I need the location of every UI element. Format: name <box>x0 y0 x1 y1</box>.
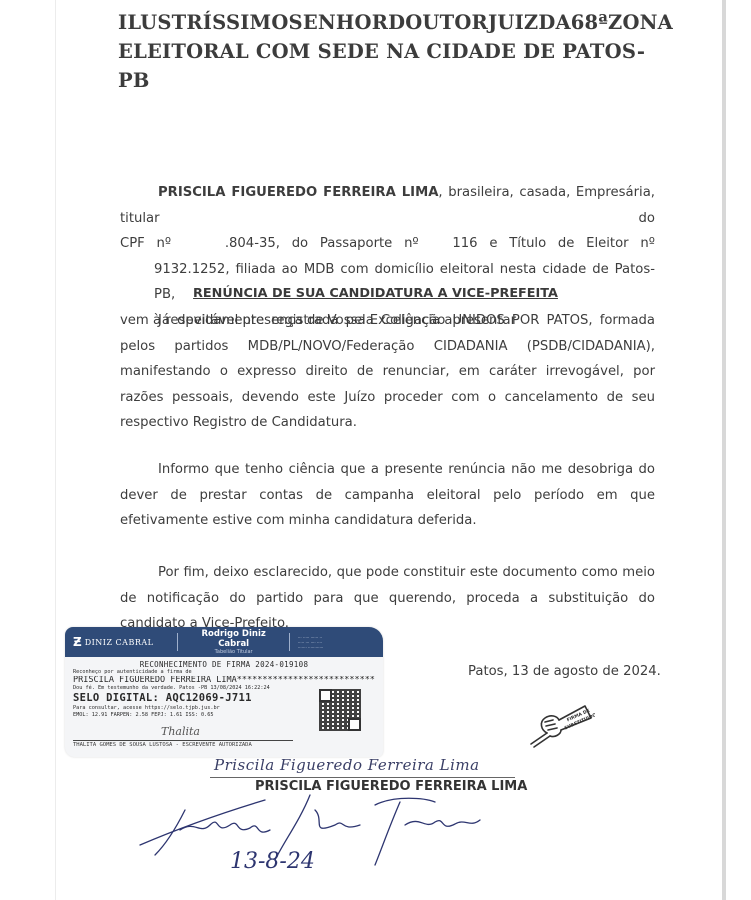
divider <box>177 633 178 651</box>
notary-address: ··· ····· ······ ······· ··· ···· ······… <box>298 635 375 650</box>
notary-stamp-header: Ƶ DINIZ CABRAL Rodrigo Diniz Cabral Tabe… <box>65 627 383 657</box>
heading-word: ZONA <box>608 8 673 37</box>
page-edge-right <box>722 0 726 900</box>
second-signature-date: 13-8-24 <box>230 849 315 874</box>
heading-word: DOUTOR <box>388 8 488 37</box>
handwritten-signature: Priscila Figueredo Ferreira Lima <box>214 756 480 774</box>
notary-name: Rodrigo Diniz Cabral <box>186 629 281 649</box>
page-edge-left <box>55 0 56 900</box>
notary-logo: Ƶ DINIZ CABRAL <box>73 635 169 649</box>
clerk-signature: Thalita <box>161 725 200 738</box>
qr-code <box>319 689 361 731</box>
paragraph-notification: Por fim, deixo esclarecido, que pode con… <box>120 560 655 637</box>
applicant-name: PRISCILA FIGUEREDO FERREIRA LIMA <box>158 185 438 200</box>
heading-word: ILUSTRÍSSIMO <box>118 8 289 37</box>
notary-brand: DINIZ CABRAL <box>85 638 154 647</box>
recognized-signer: PRISCILA FIGUEREDO FERREIRA LIMA********… <box>73 676 375 685</box>
recognition-reference: RECONHECIMENTO DE FIRMA 2024-019108 <box>73 660 375 669</box>
divider <box>289 633 290 651</box>
paragraph-accounts: Informo que tenho ciência que a presente… <box>120 457 655 534</box>
intro-line-2: CPFnº.804-35,doPassaportenº116eTítulodeE… <box>120 231 655 257</box>
heading-word: 68ª <box>571 8 608 37</box>
heading-word: DA <box>538 8 570 37</box>
second-signature: 13-8-24 <box>135 790 515 880</box>
notary-stamp: Ƶ DINIZ CABRAL Rodrigo Diniz Cabral Tabe… <box>65 627 383 757</box>
clerk-name: THALITA GOMES DE SOUSA LUSTOSA - ESCREVE… <box>73 740 293 748</box>
addressee-heading: ILUSTRÍSSIMOSENHORDOUTORJUIZDA68ªZONA EL… <box>118 8 663 95</box>
paragraph-registration: Já devidamente registrada pela Coligação… <box>120 308 655 436</box>
date-line: Patos, 13 de agosto de 2024. <box>468 664 661 679</box>
notary-logo-icon: Ƶ <box>73 635 81 649</box>
recognition-line: Reconheço por autenticidade a firma de <box>73 669 375 676</box>
pointing-hand-stamp-icon: FIRMA DE SUBSTITUIDO <box>525 700 595 750</box>
heading-word: SENHOR <box>289 8 389 37</box>
heading-line-2: ELEITORAL COM SEDE NA CIDADE DE PATOS-PB <box>118 37 663 95</box>
signature-line <box>210 777 515 778</box>
notary-info: Rodrigo Diniz Cabral Tabelião Titular <box>186 629 281 655</box>
cpf-suffix: .804-35, <box>225 236 280 251</box>
section-title: RENÚNCIA DE SUA CANDIDATURA A VICE-PREFE… <box>0 286 751 301</box>
heading-word: JUIZ <box>488 8 538 37</box>
heading-line-1: ILUSTRÍSSIMOSENHORDOUTORJUIZDA68ªZONA <box>118 8 663 37</box>
notary-role: Tabelião Titular <box>186 649 281 655</box>
passport-suffix: 116 <box>452 236 477 251</box>
